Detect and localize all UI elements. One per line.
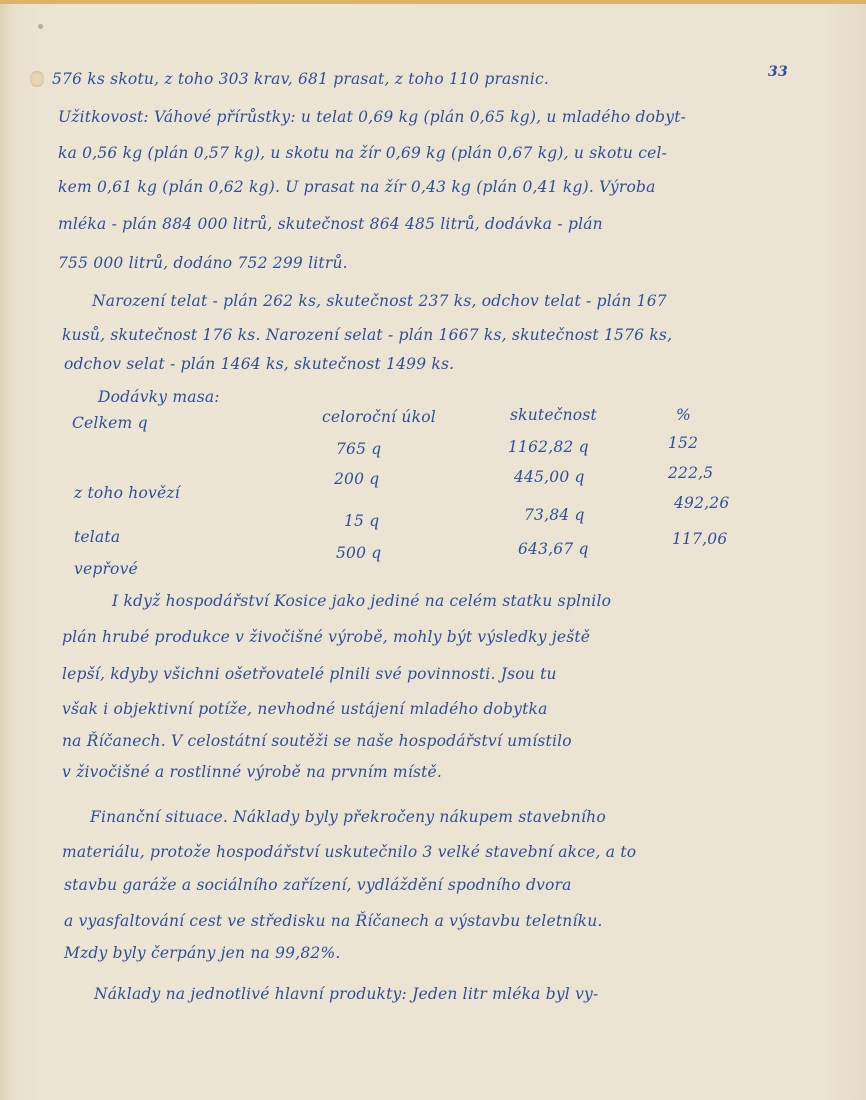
- column-header: skutečnost: [510, 406, 597, 424]
- paper-speck: [38, 24, 43, 29]
- text-line: Narození telat - plán 262 ks, skutečnost…: [92, 292, 667, 310]
- text-line: Náklady na jednotlivé hlavní produkty: J…: [94, 985, 598, 1003]
- text-line: stavbu garáže a sociálního zařízení, vyd…: [64, 876, 572, 894]
- cell-plan: 500 q: [336, 544, 381, 562]
- text-line: I když hospodářství Kosice jako jediné n…: [112, 592, 611, 610]
- column-header: Celkem q: [72, 414, 148, 432]
- text-line: Mzdy byly čerpány jen na 99,82%.: [64, 944, 341, 962]
- text-line: materiálu, protože hospodářství uskutečn…: [62, 843, 636, 861]
- text-line: 755 000 litrů, dodáno 752 299 litrů.: [58, 254, 348, 272]
- cell-percent: 492,26: [674, 494, 729, 512]
- text-line: odchov selat - plán 1464 ks, skutečnost …: [64, 355, 454, 373]
- text-line: kem 0,61 kg (plán 0,62 kg). U prasat na …: [58, 178, 656, 196]
- page-number: 33: [768, 64, 788, 80]
- document-page: 33 576 ks skotu, z toho 303 krav, 681 pr…: [0, 0, 866, 1100]
- text-line: na Říčanech. V celostátní soutěži se naš…: [62, 732, 572, 750]
- cell-plan: 765 q: [336, 440, 381, 458]
- text-line: lepší, kdyby všichni ošetřovatelé plnili…: [62, 665, 557, 683]
- cell-percent: 152: [668, 434, 698, 452]
- table-heading: Dodávky masa:: [98, 388, 220, 406]
- cell-label: vepřové: [74, 560, 138, 578]
- column-header: celoroční úkol: [322, 408, 436, 426]
- cell-label: z toho hovězí: [74, 484, 180, 502]
- cell-actual: 73,84 q: [524, 506, 585, 524]
- text-line: a vyasfaltování cest ve středisku na Říč…: [64, 912, 603, 930]
- text-line: však i objektivní potíže, nevhodné ustáj…: [62, 700, 548, 718]
- cell-actual: 445,00 q: [514, 468, 585, 486]
- cell-plan: 200 q: [334, 470, 379, 488]
- cell-percent: 222,5: [668, 464, 713, 482]
- cell-actual: 1162,82 q: [508, 438, 589, 456]
- text-line: plán hrubé produkce v živočišné výrobě, …: [62, 628, 590, 646]
- paper-stain: [30, 70, 44, 88]
- cell-percent: 117,06: [672, 530, 727, 548]
- column-header: %: [676, 406, 691, 424]
- text-line: kusů, skutečnost 176 ks. Narození selat …: [62, 326, 672, 344]
- text-line: Finanční situace. Náklady byly překročen…: [90, 808, 606, 826]
- text-line: ka 0,56 kg (plán 0,57 kg), u skotu na ží…: [58, 144, 667, 162]
- text-line: Užitkovost: Váhové přírůstky: u telat 0,…: [58, 108, 686, 126]
- cell-actual: 643,67 q: [518, 540, 589, 558]
- text-line: mléka - plán 884 000 litrů, skutečnost 8…: [58, 215, 603, 233]
- cell-label: telata: [74, 528, 120, 546]
- cell-plan: 15 q: [344, 512, 379, 530]
- text-line: v živočišné a rostlinné výrobě na prvním…: [62, 763, 442, 781]
- text-line: 576 ks skotu, z toho 303 krav, 681 prasa…: [52, 70, 549, 88]
